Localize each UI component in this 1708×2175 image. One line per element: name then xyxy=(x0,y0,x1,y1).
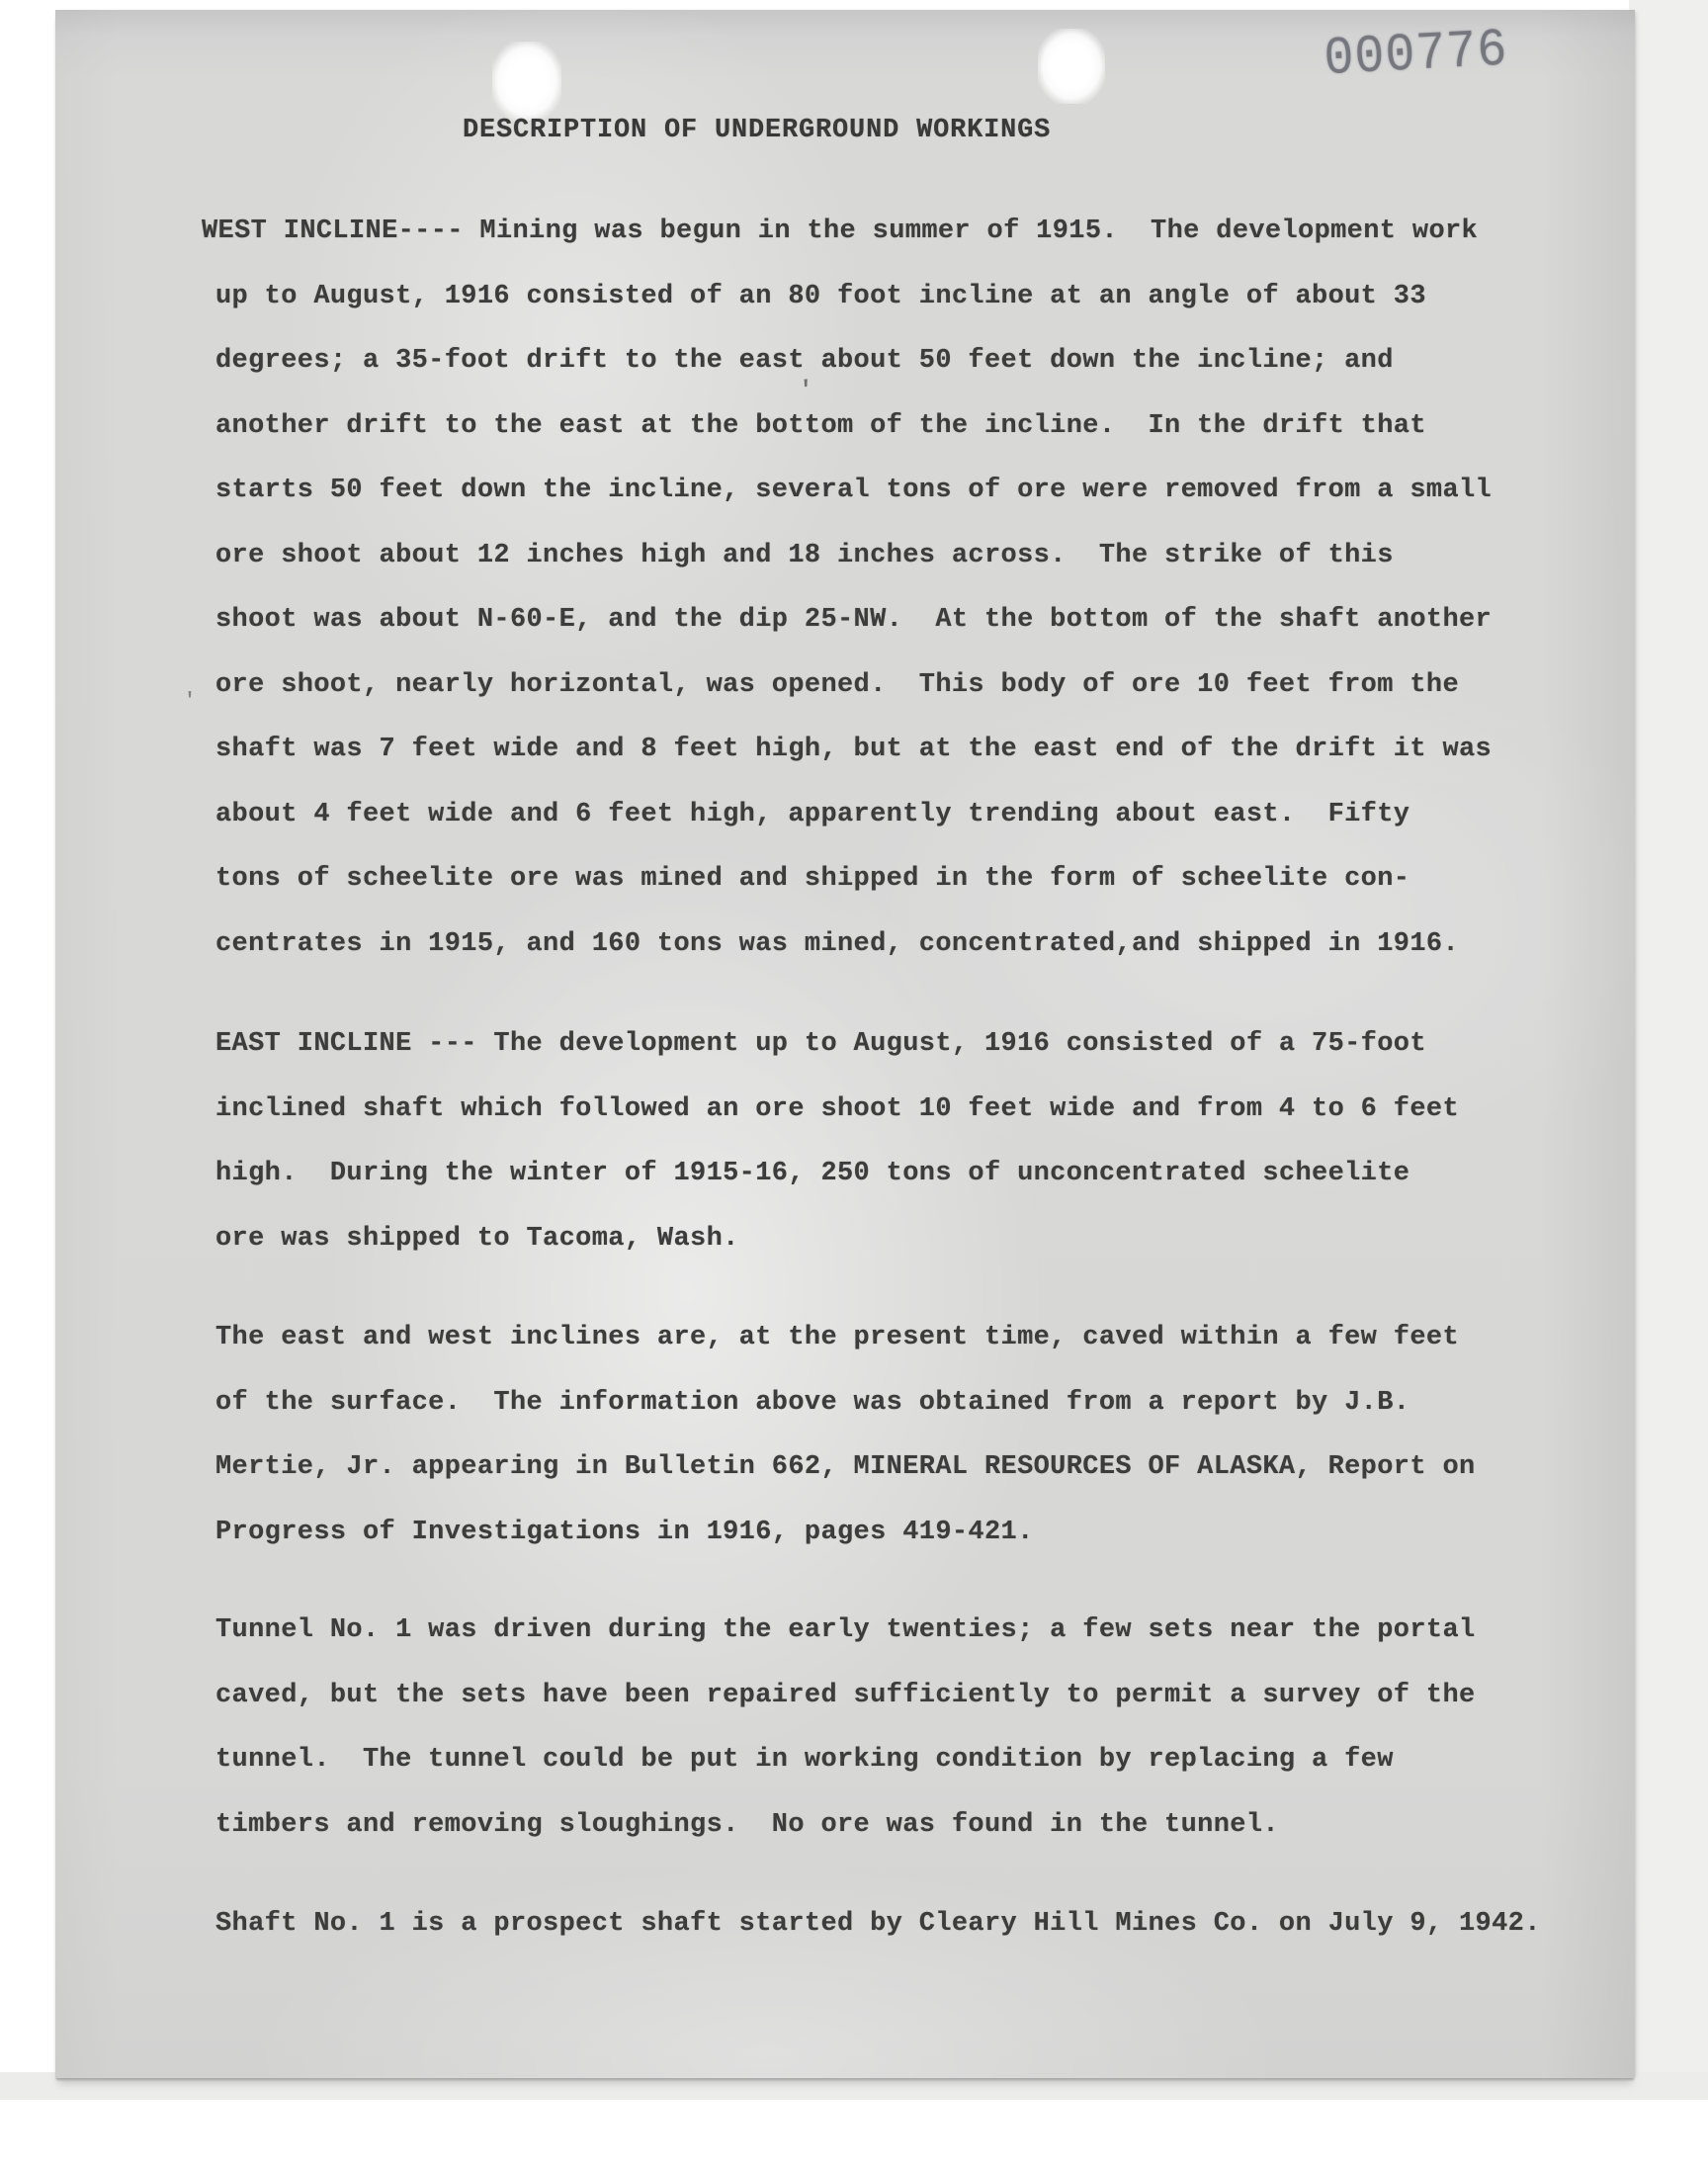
page-title: DESCRIPTION OF UNDERGROUND WORKINGS xyxy=(463,116,1051,145)
text-line: of the surface. The information above wa… xyxy=(215,1371,1476,1436)
text-line: timbers and removing sloughings. No ore … xyxy=(215,1793,1476,1859)
paragraph-tunnel-no-1: Tunnel No. 1 was driven during the early… xyxy=(215,1599,1476,1858)
text-line: Progress of Investigations in 1916, page… xyxy=(215,1501,1476,1566)
punch-hole-right xyxy=(1038,29,1105,104)
scanner-background-right xyxy=(1629,0,1708,2100)
text-line: starts 50 feet down the incline, several… xyxy=(215,459,1492,524)
text-line: inclined shaft which followed an ore sho… xyxy=(215,1078,1459,1143)
paragraph-shaft-no-1: Shaft No. 1 is a prospect shaft started … xyxy=(215,1892,1541,1957)
paragraph-east-incline: EAST INCLINE --- The development up to A… xyxy=(215,1012,1459,1271)
text-line: up to August, 1916 consisted of an 80 fo… xyxy=(215,265,1492,330)
text-line: about 4 feet wide and 6 feet high, appar… xyxy=(215,783,1492,848)
text-line: ore shoot, nearly horizontal, was opened… xyxy=(215,653,1492,719)
text-line: The east and west inclines are, at the p… xyxy=(215,1306,1476,1371)
text-line: ore shoot about 12 inches high and 18 in… xyxy=(215,524,1492,589)
text-line: EAST INCLINE --- The development up to A… xyxy=(215,1012,1459,1078)
paragraph-west-incline: WEST INCLINE---- Mining was begun in the… xyxy=(215,200,1492,977)
text-line: Mertie, Jr. appearing in Bulletin 662, M… xyxy=(215,1435,1476,1501)
text-line: shoot was about N-60-E, and the dip 25-N… xyxy=(215,588,1492,653)
page-number-stamp: 000776 xyxy=(1323,20,1509,90)
text-line: tunnel. The tunnel could be put in worki… xyxy=(215,1728,1476,1793)
paragraph-inclines-caved: The east and west inclines are, at the p… xyxy=(215,1306,1476,1565)
stray-ink-mark: ' xyxy=(184,690,196,713)
text-line: caved, but the sets have been repaired s… xyxy=(215,1664,1476,1729)
text-line: Tunnel No. 1 was driven during the early… xyxy=(215,1599,1476,1664)
text-line: ore was shipped to Tacoma, Wash. xyxy=(215,1207,1459,1272)
stray-ink-mark: ' xyxy=(799,378,812,404)
text-line: centrates in 1915, and 160 tons was mine… xyxy=(215,913,1492,978)
text-line: another drift to the east at the bottom … xyxy=(215,394,1492,460)
text-line: high. During the winter of 1915-16, 250 … xyxy=(215,1142,1459,1207)
text-line: tons of scheelite ore was mined and ship… xyxy=(215,847,1492,913)
text-line: shaft was 7 feet wide and 8 feet high, b… xyxy=(215,718,1492,783)
text-line: Shaft No. 1 is a prospect shaft started … xyxy=(215,1892,1541,1957)
text-line: degrees; a 35-foot drift to the east abo… xyxy=(215,329,1492,394)
text-line: WEST INCLINE---- Mining was begun in the… xyxy=(202,200,1492,265)
punch-hole-left xyxy=(492,42,561,121)
